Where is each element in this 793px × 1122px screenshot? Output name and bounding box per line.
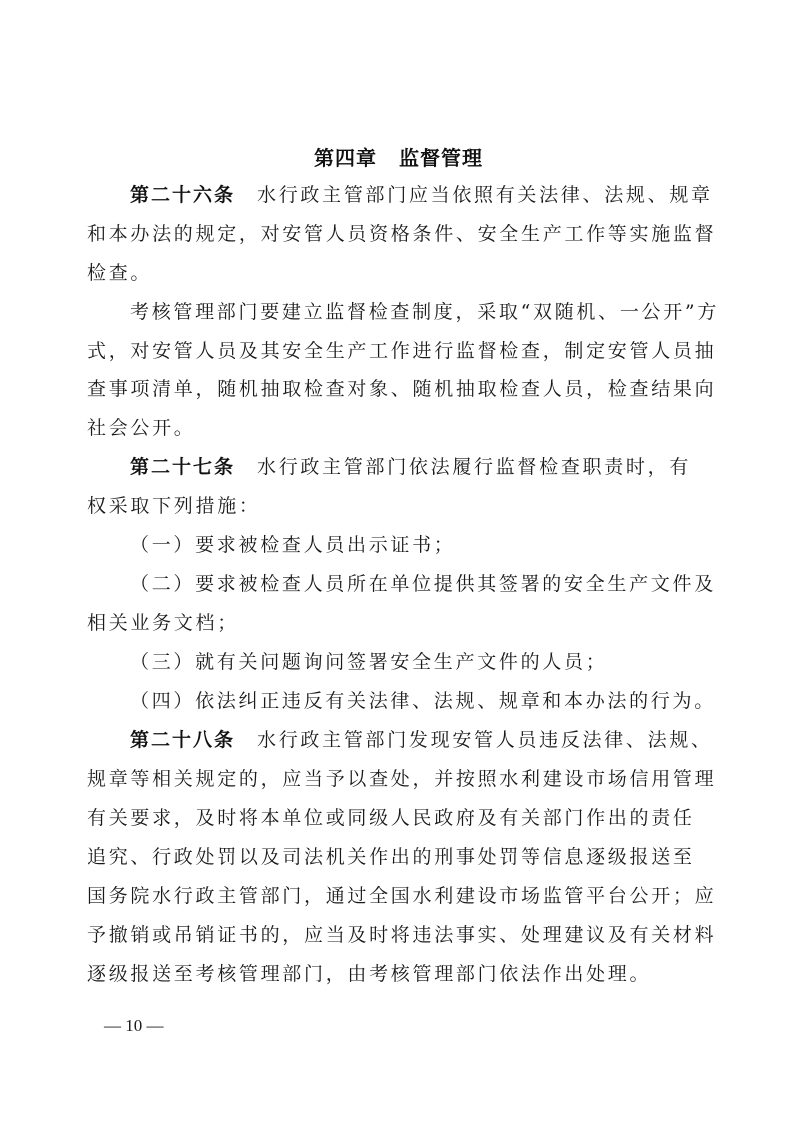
article-27-item-4: （四）依法纠正违反有关法律、法规、规章和本办法的行为。 <box>130 689 720 713</box>
article-27-item-3: （三）就有关问题询问签署安全生产文件的人员； <box>130 650 720 674</box>
article-text: 水行政主管部门依法履行监督检查职责时，有 <box>257 456 691 478</box>
article-28-line-1: 第二十八条水行政主管部门发现安管人员违反法律、法规、 <box>130 728 720 752</box>
chapter-number: 第四章 <box>314 146 377 170</box>
article-26-line-1: 第二十六条水行政主管部门应当依照有关法律、法规、规章 <box>130 183 720 207</box>
article-text: 水行政主管部门发现安管人员违反法律、法规、 <box>257 729 713 751</box>
article-28-line-5: 国务院水行政主管部门，通过全国水利建设市场监管平台公开；应 <box>87 884 677 908</box>
article-26-line-3: 检查。 <box>87 261 677 285</box>
article-28-line-6: 予撤销或吊销证书的，应当及时将违法事实、处理建议及有关材料 <box>87 923 677 947</box>
chapter-heading: 第四章监督管理 <box>0 146 793 170</box>
article-27-item-2-cont: 相关业务文档； <box>87 611 677 635</box>
article-27-line-2: 权采取下列措施： <box>87 494 677 518</box>
article-28-line-3: 有关要求，及时将本单位或同级人民政府及有关部门作出的责任 <box>87 806 677 830</box>
article-26-line-2: 和本办法的规定，对安管人员资格条件、安全生产工作等实施监督 <box>87 222 677 246</box>
paragraph-line-2: 式，对安管人员及其安全生产工作进行监督检查，制定安管人员抽 <box>87 339 677 363</box>
article-number: 第二十七条 <box>130 456 235 478</box>
document-page: 第四章监督管理 第二十六条水行政主管部门应当依照有关法律、法规、规章 和本办法的… <box>0 0 793 1122</box>
chapter-title: 监督管理 <box>399 146 483 170</box>
article-28-line-2: 规章等相关规定的，应当予以查处，并按照水利建设市场信用管理 <box>87 767 677 791</box>
article-number: 第二十八条 <box>130 729 235 751</box>
article-27-item-1: （一）要求被检查人员出示证书； <box>130 533 720 557</box>
page-number: — 10 — <box>104 1016 164 1036</box>
article-text: 水行政主管部门应当依照有关法律、法规、规章 <box>257 184 713 206</box>
article-27-item-2: （二）要求被检查人员所在单位提供其签署的安全生产文件及 <box>130 572 720 596</box>
paragraph-line-1: 考核管理部门要建立监督检查制度，采取“双随机、一公开”方 <box>130 300 720 324</box>
article-number: 第二十六条 <box>130 184 235 206</box>
article-28-line-4: 追究、行政处罚以及司法机关作出的刑事处罚等信息逐级报送至 <box>87 845 677 869</box>
paragraph-line-3: 查事项清单，随机抽取检查对象、随机抽取检查人员，检查结果向 <box>87 377 677 401</box>
paragraph-line-4: 社会公开。 <box>87 416 677 440</box>
article-27-line-1: 第二十七条水行政主管部门依法履行监督检查职责时，有 <box>130 455 720 479</box>
article-28-line-7: 逐级报送至考核管理部门，由考核管理部门依法作出处理。 <box>87 962 677 986</box>
